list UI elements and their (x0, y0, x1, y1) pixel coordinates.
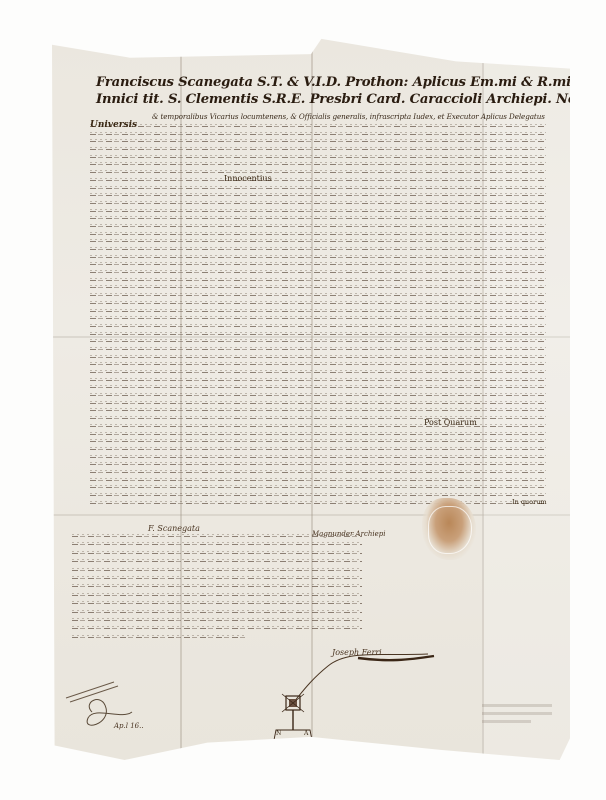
heading-line-2: Innici tit. S. Clementis S.R.E. Presbri … (96, 91, 540, 108)
signature-monogram-left (62, 672, 152, 742)
faint-endorsement (482, 704, 552, 734)
date-mark: Ap.l 16.. (114, 722, 144, 730)
wax-seal (422, 498, 476, 560)
opening-word: Universis (90, 120, 137, 130)
notary-signum-icon (258, 692, 328, 744)
inline-name: Innocentius (224, 174, 272, 183)
lower-annotation-block (72, 532, 362, 642)
notary-letter-right: A (304, 730, 308, 737)
document-body-text (90, 122, 546, 514)
heading-line-1: Franciscus Scanegata S.T. & V.I.D. Proth… (96, 74, 540, 91)
inline-phrase: Post Quarum (424, 418, 477, 427)
document-subheading: & temporalibus Vicarius locumtenens, & O… (152, 112, 532, 121)
closing-phrase: In quorum (512, 498, 547, 506)
notary-letter-left: N (276, 730, 281, 737)
document-heading: Franciscus Scanegata S.T. & V.I.D. Proth… (96, 74, 540, 108)
manuscript-sheet: Franciscus Scanegata S.T. & V.I.D. Proth… (52, 36, 570, 760)
